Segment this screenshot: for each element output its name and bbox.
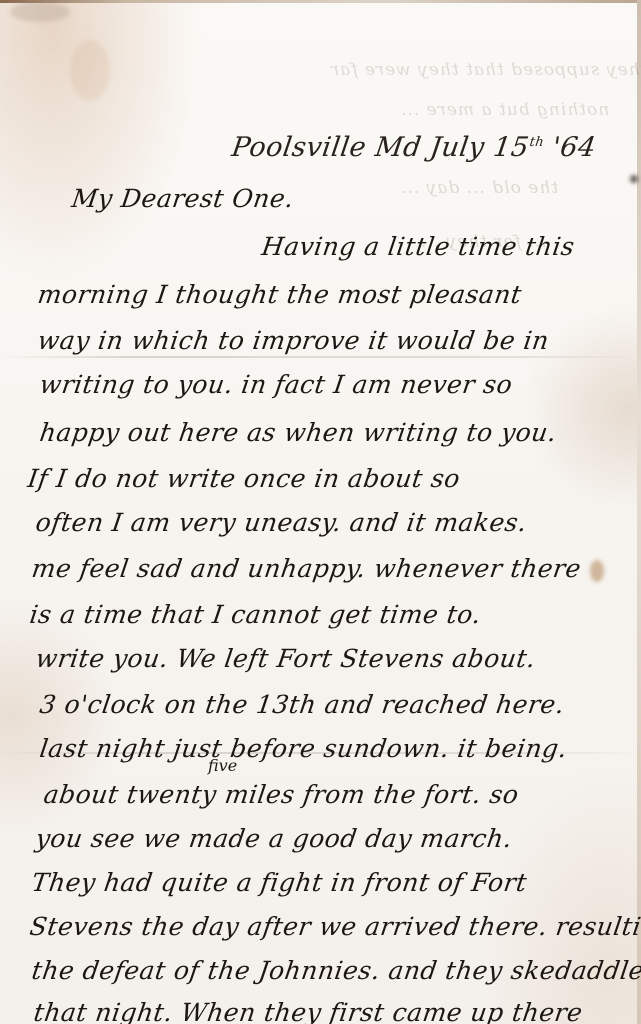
letter-line: me feel sad and unhappy. whenever there [30,554,583,583]
letter-line: writing to you. in fact I am never so [38,370,514,399]
bleed-through-text: nothing but a mere ... [400,100,609,120]
letter-line: is a time that I cannot get time to. [28,600,483,629]
letter-line: happy out here as when writing to you. [38,418,559,447]
letter-year: '64 [550,132,598,163]
ink-blot [590,560,604,582]
bleed-through-text: they supposed that they were far [330,60,641,80]
letter-line: If I do not write once in about so [26,464,462,493]
paper-right-edge [637,0,641,1024]
letter-date-suffix: th [529,135,546,150]
letter-line: morning I thought the most pleasant [36,280,524,309]
letter-date: July 15 [428,132,531,163]
letter-page: they supposed that they were far nothing… [0,0,641,1024]
letter-line: write you. We left Fort Stevens about. [34,644,538,673]
paper-stain [70,40,110,100]
letter-salutation: My Dearest One. [70,184,296,213]
letter-line: 3 o'clock on the 13th and reached here. [38,690,566,719]
paper-fold-line [0,356,641,358]
letter-line: Having a little time this [260,232,577,261]
ink-dot [630,175,638,183]
paper-top-edge [0,0,641,3]
letter-line: They had quite a fight in front of Fort [30,868,529,897]
letter-line: the defeat of the Johnnies. and they ske… [30,956,641,985]
letter-line: about twenty miles from the fort. so [42,780,521,809]
letter-line: way in which to improve it would be in [36,326,551,355]
letter-line: often I am very uneasy. and it makes. [34,508,529,537]
letter-place-date: Poolsville Md July 15th '64 [230,132,598,163]
letter-line: Stevens the day after we arrived there. … [28,912,641,941]
letter-line: that night. When they first came up ther… [32,998,585,1024]
letter-line: last night just before sundown. it being… [38,734,569,763]
interlinear-insert: five [208,756,237,775]
letter-place: Poolsville Md [230,132,424,163]
letter-line: you see we made a good day march. [34,824,514,853]
bleed-through-text: the old ... day ... [400,178,558,198]
paper-stain [10,2,70,22]
